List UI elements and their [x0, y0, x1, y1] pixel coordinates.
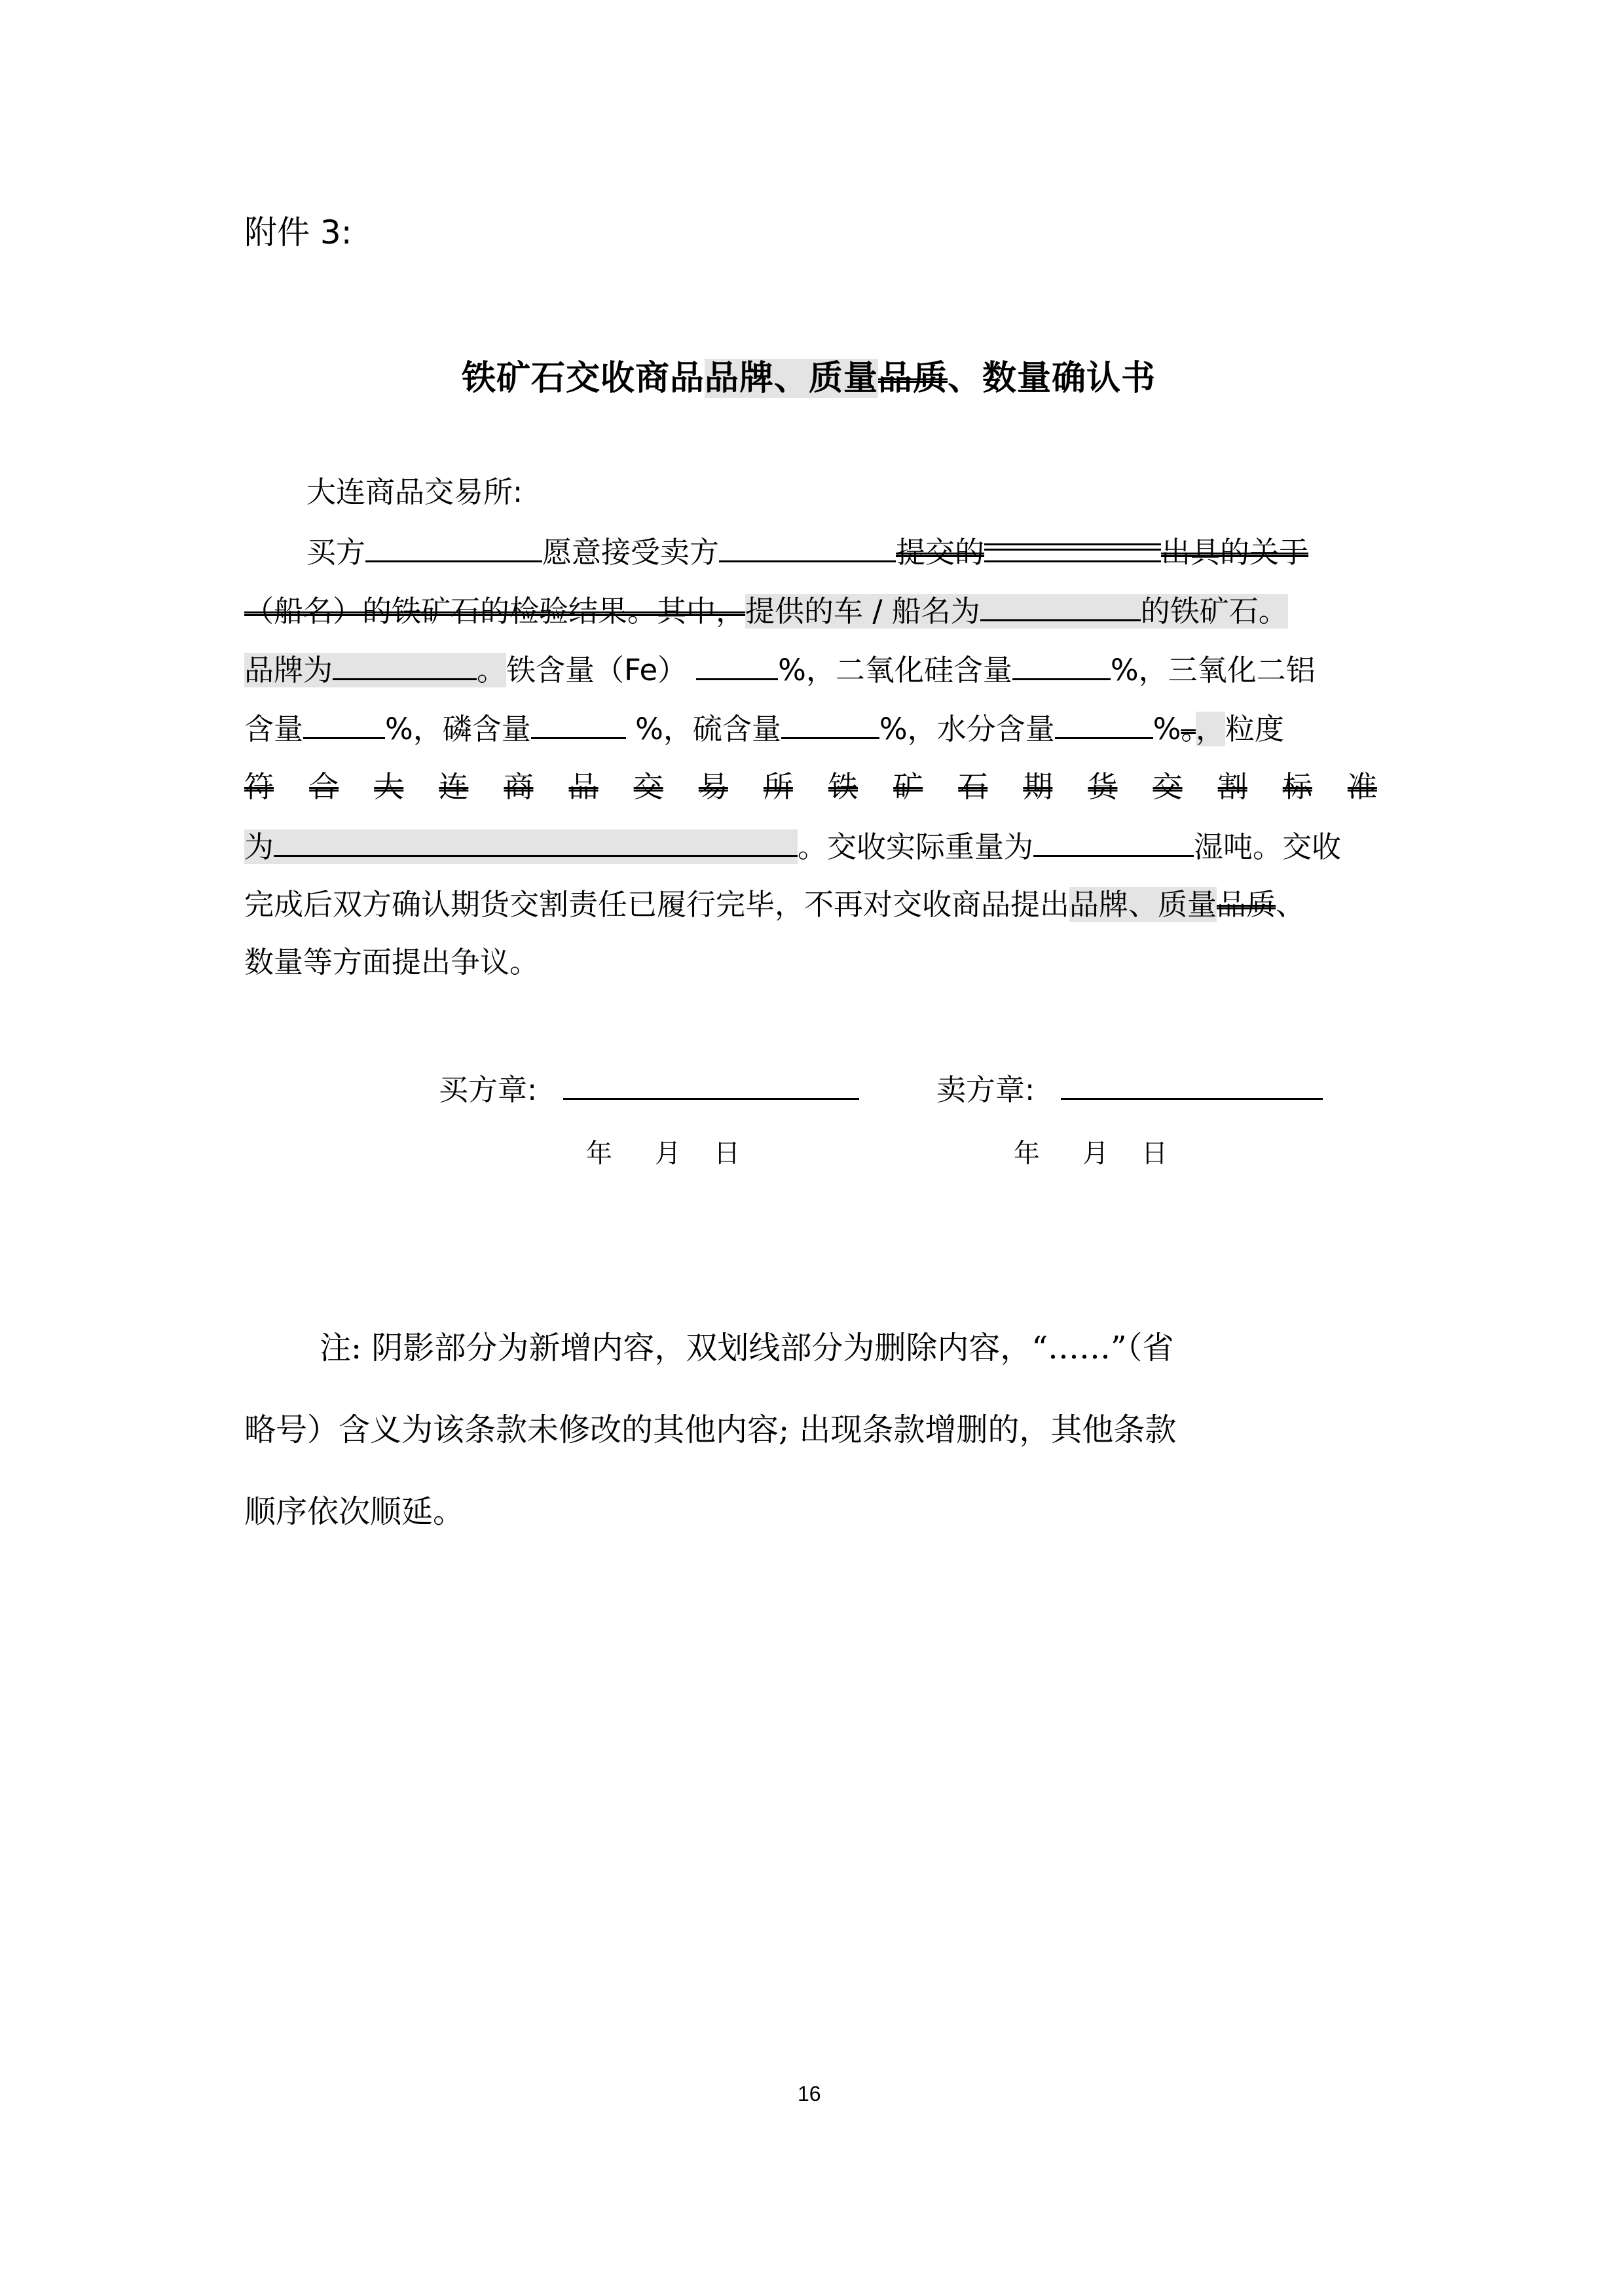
seller-seal: 卖方章: — [936, 1066, 1323, 1108]
char: 商 — [504, 767, 533, 807]
char: 符 — [244, 767, 274, 807]
deleted-text: 品质 — [1217, 887, 1276, 922]
buyer-name-blank[interactable] — [365, 532, 542, 562]
title-suffix: 、数量确认书 — [948, 359, 1156, 398]
body-line-8: 数量等方面提出争议。 — [244, 943, 1377, 982]
buyer-seal-label: 买方章: — [439, 1072, 537, 1107]
char: 割 — [1218, 767, 1247, 807]
note-line-3: 顺序依次顺延。 — [244, 1486, 1377, 1531]
body-line-5-deleted: 符 合 大 连 商 品 交 易 所 铁 矿 石 期 货 交 割 标 准 — [244, 767, 1377, 807]
p-content-blank[interactable] — [531, 708, 626, 739]
inserted-text: 的铁矿石。 — [1141, 594, 1288, 629]
char: 品 — [569, 767, 599, 807]
seller-name-blank[interactable] — [719, 532, 896, 562]
inserted-text: ， — [1196, 712, 1225, 746]
char: 合 — [309, 767, 339, 807]
text: %，磷含量 — [385, 712, 531, 746]
text: %，水分含量 — [879, 712, 1055, 746]
sio2-content-blank[interactable] — [1012, 649, 1111, 680]
deleted-text: 出具的关于 — [1161, 535, 1308, 570]
year-label: 年 — [1014, 1139, 1040, 1169]
text: % — [1153, 712, 1181, 746]
text: 湿吨。交收 — [1194, 829, 1341, 864]
seller-seal-line[interactable] — [1061, 1072, 1323, 1100]
char: 交 — [1153, 767, 1183, 807]
buyer-date: 年月日 — [586, 1133, 740, 1170]
body-line-2: （船名）的铁矿石的检验结果。其中，提供的车 / 船名为的铁矿石。 — [244, 591, 1377, 631]
deleted-text: （船名）的铁矿石的检验结果。其中， — [244, 594, 745, 629]
day-label: 日 — [714, 1139, 740, 1169]
year-label: 年 — [586, 1139, 612, 1169]
text: 含量 — [244, 712, 303, 746]
text: 愿意接受卖方 — [542, 535, 719, 570]
moisture-content-blank[interactable] — [1055, 708, 1153, 739]
char: 准 — [1348, 767, 1377, 807]
seller-seal-label: 卖方章: — [936, 1072, 1035, 1107]
title-inserted-text: 品牌、质量 — [705, 359, 878, 398]
char: 交 — [634, 767, 663, 807]
char: 标 — [1283, 767, 1312, 807]
title-prefix: 铁矿石交收商品 — [462, 359, 705, 398]
text: 完成后双方确认期货交割责任已履行完毕，不再对交收商品提出 — [244, 887, 1069, 922]
text: %，二氧化硅含量 — [778, 653, 1012, 687]
inserted-text: 为 — [244, 829, 274, 864]
body-line-3: 品牌为。铁含量（Fe）%，二氧化硅含量%，三氧化二铝 — [244, 649, 1377, 690]
month-label: 月 — [655, 1139, 681, 1169]
text: 买方 — [306, 535, 365, 570]
note-line-2: 略号）含义为该条款未修改的其他内容; 出现条款增删的，其他条款 — [244, 1404, 1377, 1449]
text: %，硫含量 — [626, 712, 781, 746]
inserted-text: 。 — [477, 653, 506, 687]
al2o3-content-blank[interactable] — [303, 708, 385, 739]
s-content-blank[interactable] — [781, 708, 879, 739]
char: 所 — [764, 767, 793, 807]
body-line-1: 买方愿意接受卖方提交的出具的关于 — [306, 532, 1377, 572]
day-label: 日 — [1141, 1139, 1168, 1169]
page-number: 16 — [798, 2082, 821, 2106]
fe-content-blank[interactable] — [696, 649, 778, 680]
document-title: 铁矿石交收商品品牌、质量品质、数量确认书 — [462, 350, 1156, 399]
month-label: 月 — [1082, 1139, 1109, 1169]
seller-date: 年月日 — [1014, 1133, 1168, 1170]
inserted-text: 品牌为 — [244, 653, 333, 687]
body-line-4: 含量%，磷含量 %，硫含量%，水分含量%。，粒度 — [244, 708, 1377, 749]
addressee: 大连商品交易所: — [306, 473, 1439, 512]
note-line-1: 注: 阴影部分为新增内容，双划线部分为删除内容，“……”（省 — [320, 1322, 1377, 1368]
char: 石 — [958, 767, 987, 807]
title-deleted-text: 品质 — [878, 359, 948, 398]
text: 。交收实际重量为 — [798, 829, 1033, 864]
text: 铁含量（Fe） — [506, 653, 687, 687]
inserted-text: 提供的车 / 船名为 — [745, 594, 980, 629]
text: 、 — [1276, 887, 1305, 922]
char: 大 — [374, 767, 403, 807]
size-standard-blank[interactable] — [274, 826, 798, 857]
deleted-text: 。 — [1181, 712, 1196, 746]
char: 易 — [699, 767, 728, 807]
body-line-7: 完成后双方确认期货交割责任已履行完毕，不再对交收商品提出品牌、质量品质、 — [244, 885, 1377, 924]
char: 铁 — [828, 767, 858, 807]
actual-weight-blank[interactable] — [1033, 826, 1194, 857]
char: 连 — [439, 767, 468, 807]
text: 粒度 — [1225, 712, 1284, 746]
char: 货 — [1088, 767, 1117, 807]
char: 矿 — [893, 767, 923, 807]
buyer-seal: 买方章: — [439, 1066, 859, 1108]
deleted-blank — [984, 532, 1161, 562]
text: %，三氧化二铝 — [1111, 653, 1316, 687]
char: 期 — [1023, 767, 1052, 807]
deleted-text: 提交的 — [896, 535, 984, 570]
inserted-text: 品牌、质量 — [1069, 887, 1217, 922]
body-line-6: 为。交收实际重量为湿吨。交收 — [244, 826, 1377, 867]
attachment-label: 附件 3: — [244, 206, 352, 253]
brand-blank[interactable] — [333, 649, 477, 680]
vehicle-ship-name-blank[interactable] — [980, 591, 1141, 621]
buyer-seal-line[interactable] — [563, 1072, 859, 1100]
